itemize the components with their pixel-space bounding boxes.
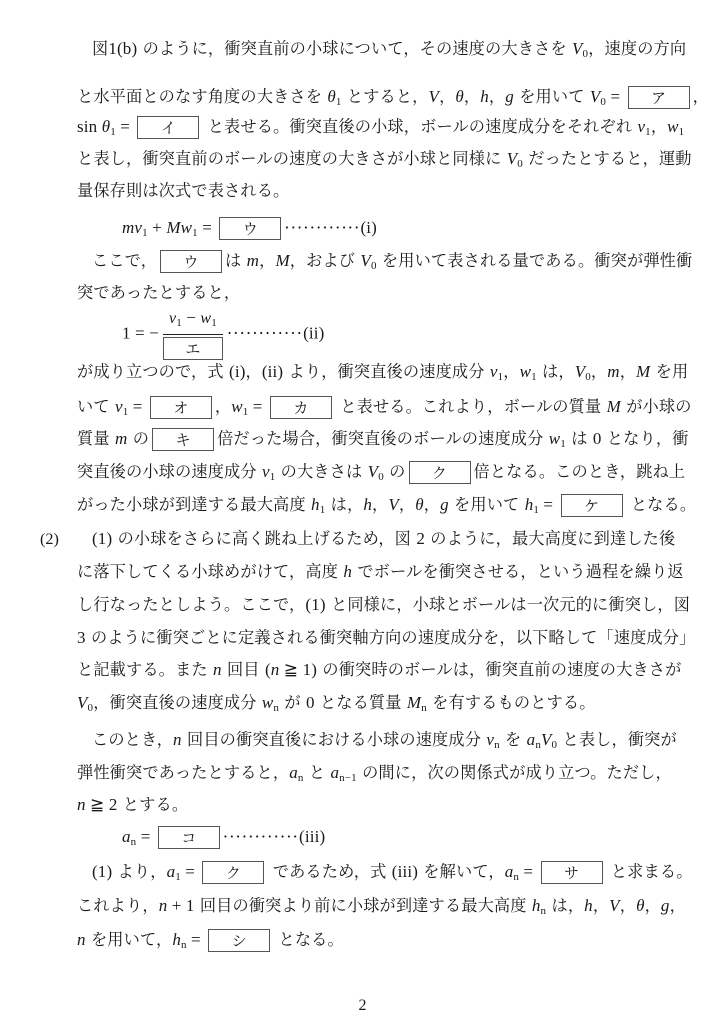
- text-line: 弾性衝突であったとすると，an と an−1 の間に，次の関係式が成り立つ。ただ…: [77, 762, 689, 789]
- answer-box-e[interactable]: エ: [163, 337, 223, 360]
- answer-box-u[interactable]: ウ: [219, 217, 281, 240]
- answer-box-ku[interactable]: ク: [409, 461, 471, 484]
- text-line: に落下してくる小球めがけて，高度 h でボールを衝突させる，という過程を繰り返: [77, 561, 689, 583]
- equation-ii: 1 = −v1 − w1エ············(ii): [122, 308, 725, 360]
- text-line: 突であったとすると，: [77, 282, 689, 304]
- text-line: 図1(b) のように，衝突直前の小球について，その速度の大きさを V0，速度の方…: [92, 38, 704, 65]
- answer-box-i[interactable]: イ: [137, 116, 199, 139]
- text-line: ここで，ウは m，M，および V0 を用いて表される量である。衝突が弾性衝: [92, 250, 704, 277]
- answer-box-sa[interactable]: サ: [541, 861, 603, 884]
- text-line: と表し，衝突直前のボールの速度の大きさが小球と同様に V0 だったとすると，運動: [77, 148, 689, 175]
- answer-box-ke[interactable]: ケ: [561, 494, 623, 517]
- text-line: 3 のように衝突ごとに定義される衝突軸方向の速度成分を，以下略して「速度成分」: [77, 627, 689, 649]
- text-line: これより，n + 1 回目の衝突より前に小球が到達する最大高度 hn は，h，V…: [77, 895, 689, 922]
- text-line: と記載する。また n 回目 (n ≧ 1) の衝突時のボールは，衝突直前の速度の…: [77, 659, 689, 681]
- answer-box-o[interactable]: オ: [150, 396, 212, 419]
- text-line: 量保存則は次式で表される。: [77, 180, 689, 202]
- text-line: がった小球が到達する最大高度 h1 は，h，V，θ，g を用いて h1 = ケ …: [77, 494, 689, 521]
- answer-box-ku-ref[interactable]: ク: [202, 861, 264, 884]
- text-line: このとき，n 回目の衝突直後における小球の速度成分 vn を anV0 と表し，…: [92, 729, 704, 756]
- text-line: と水平面とのなす角度の大きさを θ1 とすると，V，θ，h，g を用いて V0 …: [77, 86, 689, 113]
- text-line: が成り立つので，式 (i)，(ii) より，衝突直後の速度成分 v1，w1 は，…: [77, 361, 689, 388]
- answer-box-shi[interactable]: シ: [208, 929, 270, 952]
- text-line: (1) より，a1 = ク であるため，式 (iii) を解いて，an = サ …: [92, 861, 704, 888]
- text-line: 突直後の小球の速度成分 v1 の大きさは V0 のク倍となる。このとき，跳ね上: [77, 461, 689, 488]
- answer-box-a[interactable]: ア: [628, 86, 690, 109]
- text-line: n ≧ 2 とする。: [77, 794, 689, 816]
- text-line: (1) の小球をさらに高く跳ね上げるため，図 2 のように，最大高度に到達した後: [92, 528, 704, 550]
- question-number: (2): [40, 528, 59, 550]
- text-line: 質量 m のキ倍だった場合，衝突直後のボールの速度成分 w1 は 0 となり，衝: [77, 428, 689, 455]
- equation-i: mv1 + Mw1 = ウ············(i): [122, 217, 725, 244]
- answer-box-ka[interactable]: カ: [270, 396, 332, 419]
- answer-box-ko[interactable]: コ: [158, 826, 220, 849]
- text-line: sin θ1 = イ と表せる。衝突直後の小球，ボールの速度成分をそれぞれ v1…: [77, 116, 689, 143]
- page-number: 2: [0, 997, 725, 1015]
- text-line: V0，衝突直後の速度成分 wn が 0 となる質量 Mn を有するものとする。: [77, 692, 689, 719]
- answer-box-u-ref[interactable]: ウ: [160, 250, 222, 273]
- text-line: いて v1 = オ，w1 = カ と表せる。これより，ボールの質量 M が小球の: [77, 396, 689, 423]
- answer-box-ki[interactable]: キ: [152, 428, 214, 451]
- text-line: n を用いて，hn = シ となる。: [77, 929, 689, 956]
- equation-iii: an = コ············(iii): [122, 826, 725, 853]
- text-line: し行なったとしよう。ここで，(1) と同様に，小球とボールは一次元的に衝突し，図: [77, 594, 689, 616]
